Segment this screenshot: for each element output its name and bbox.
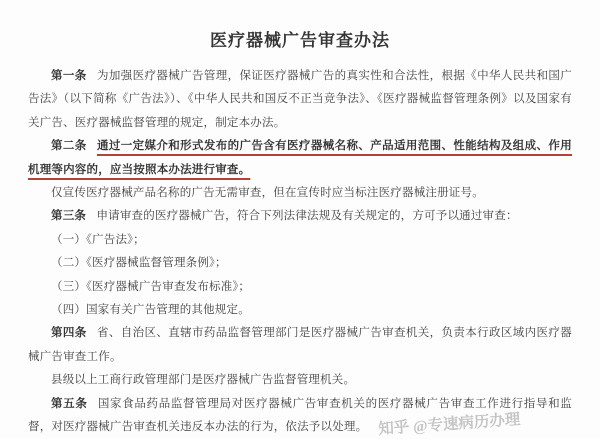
clause-5-text: 国家食品药品监督管理局对医疗器械广告审查机关的医疗器械广告审查工作进行指导和监督… [28,398,572,433]
clause-1-paragraph: 第一条为加强医疗器械广告管理，保证医疗器械广告的真实性和合法性，根据《中华人民共… [28,65,572,135]
clause-2-label: 第二条 [51,140,87,152]
document-content: 医疗器械广告审查办法 第一条为加强医疗器械广告管理，保证医疗器械广告的真实性和合… [0,0,600,439]
document-page: 医疗器械广告审查办法 第一条为加强医疗器械广告管理，保证医疗器械广告的真实性和合… [0,0,600,439]
clause-5-paragraph: 第五条国家食品药品监督管理局对医疗器械广告审查机关的医疗器械广告审查工作进行指导… [28,393,572,439]
clause-3-label: 第三条 [51,210,86,222]
clause-2-paragraph: 第二条通过一定媒介和形式发布的广告含有医疗器械名称、产品适用范围、性能结构及组成… [28,135,572,182]
list-item-1: （一）《广告法》； [28,229,572,252]
clause-1-text: 为加强医疗器械广告管理，保证医疗器械广告的真实性和合法性，根据《中华人民共和国广… [28,70,572,129]
clause-5-label: 第五条 [51,398,88,410]
clause-4-paragraph: 第四条省、自治区、直辖市药品监督管理部门是医疗器械广告审查机关，负责本行政区域内… [28,322,572,369]
clause-1-label: 第一条 [51,70,87,82]
list-item-3: （三）《医疗器械广告审查发布标准》； [28,276,572,299]
list-item-2: （二）《医疗器械监督管理条例》； [28,252,572,275]
clause-4-label: 第四条 [51,327,87,339]
clause-2-underlined-text: 通过一定媒介和形式发布的广告含有医疗器械名称、产品适用范围、性能结构及组成、作用… [28,140,572,175]
clause-4-text: 省、自治区、直辖市药品监督管理部门是医疗器械广告审查机关，负责本行政区域内医疗器… [28,327,572,362]
industry-commerce-paragraph: 县级以上工商行政管理部门是医疗器械广告监督管理机关。 [28,369,572,392]
clause-3-text: 申请审查的医疗器械广告，符合下列法律法规及有关规定的，方可予以通过审查： [96,210,517,222]
registration-note-paragraph: 仅宣传医疗器械产品名称的广告无需审查，但在宣传时应当标注医疗器械注册证号。 [28,182,572,205]
document-title: 医疗器械广告审查办法 [28,30,572,52]
list-item-4: （四）国家有关广告管理的其他规定。 [28,299,572,322]
clause-3-paragraph: 第三条申请审查的医疗器械广告，符合下列法律法规及有关规定的，方可予以通过审查： [28,205,572,228]
